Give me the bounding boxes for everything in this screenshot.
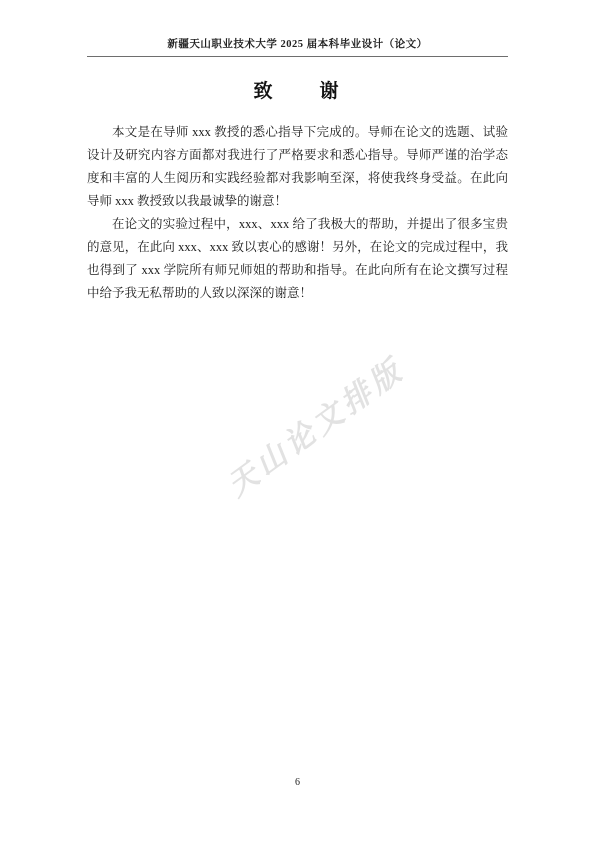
body-text: 本文是在导师 xxx 教授的悉心指导下完成的。导师在论文的选题、试验设计及研究内… [87, 121, 508, 305]
page-header: 新疆天山职业技术大学 2025 届本科毕业设计（论文） [87, 36, 508, 57]
paragraph-1: 本文是在导师 xxx 教授的悉心指导下完成的。导师在论文的选题、试验设计及研究内… [87, 121, 508, 213]
page-number: 6 [0, 777, 595, 788]
paragraph-2: 在论文的实验过程中，xxx、xxx 给了我极大的帮助，并提出了很多宝贵的意见，在… [87, 213, 508, 305]
diagonal-watermark: 天山论文排版 [216, 351, 404, 504]
page-title: 致 谢 [0, 76, 595, 103]
document-page: 新疆天山职业技术大学 2025 届本科毕业设计（论文） 致 谢 本文是在导师 x… [0, 0, 595, 842]
